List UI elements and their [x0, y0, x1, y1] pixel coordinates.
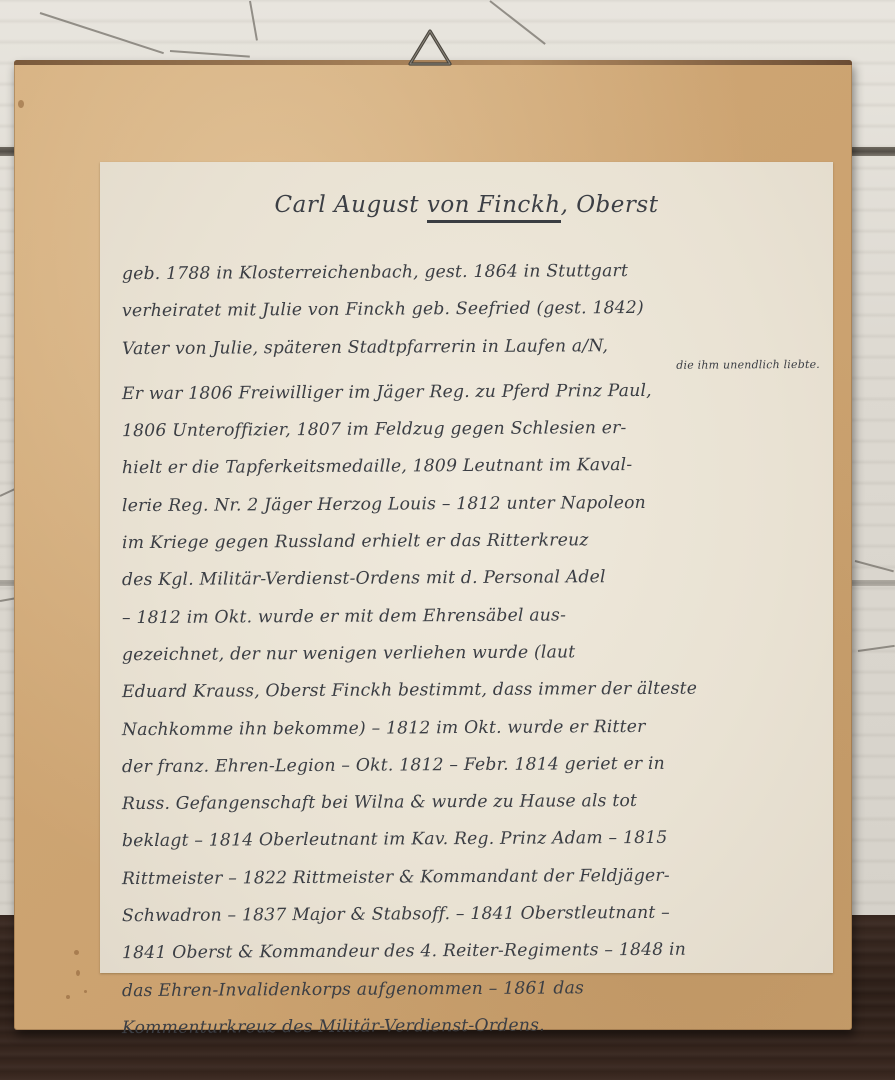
paint-crack	[489, 0, 545, 45]
text-line: Russ. Gefangenschaft bei Wilna & wurde z…	[122, 782, 822, 824]
text-line: der franz. Ehren-Legion – Okt. 1812 – Fe…	[122, 745, 822, 787]
text-line: beklagt – 1814 Oberleutnant im Kav. Reg.…	[122, 819, 822, 861]
title-suffix: , Oberst	[561, 192, 659, 218]
triangle-hanger-icon	[405, 28, 455, 70]
paint-crack	[855, 560, 894, 572]
text-line: geb. 1788 in Klosterreichenbach, gest. 1…	[122, 252, 822, 294]
handwritten-note: Carl August von Finckh, Oberst geb. 1788…	[100, 162, 833, 973]
title-prefix: Carl August	[275, 192, 427, 218]
text-line: Schwadron – 1837 Major & Stabsoff. – 184…	[122, 894, 822, 936]
text-line: des Kgl. Militär-Verdienst-Ordens mit d.…	[122, 558, 822, 600]
stain-spot	[84, 990, 87, 993]
paint-crack	[170, 50, 250, 58]
text-line: gezeichnet, der nur wenigen verliehen wu…	[122, 633, 822, 675]
text-line: Rittmeister – 1822 Rittmeister & Kommand…	[122, 857, 822, 899]
stain-spot	[76, 970, 80, 976]
text-line: Eduard Krauss, Oberst Finckh bestimmt, d…	[122, 670, 822, 712]
text-line: 1841 Oberst & Kommandeur des 4. Reiter-R…	[122, 931, 822, 973]
text-line: im Kriege gegen Russland erhielt er das …	[122, 521, 822, 563]
text-line: Kommenturkreuz des Militär-Verdienst-Ord…	[122, 1006, 822, 1048]
title-name: von Finckh	[427, 192, 561, 223]
paint-crack	[858, 645, 895, 652]
text-line: Er war 1806 Freiwilliger im Jäger Reg. z…	[122, 372, 822, 414]
stain-spot	[18, 100, 24, 108]
document-title: Carl August von Finckh, Oberst	[100, 192, 833, 218]
document-body: geb. 1788 in Klosterreichenbach, gest. 1…	[122, 254, 822, 1045]
text-line: verheiratet mit Julie von Finckh geb. Se…	[122, 289, 822, 331]
text-line: Nachkomme ihn bekomme) – 1812 im Okt. wu…	[122, 707, 822, 749]
text-line: 1806 Unteroffizier, 1807 im Feldzug gege…	[122, 409, 822, 451]
paint-crack	[40, 12, 164, 54]
paint-crack	[249, 1, 258, 41]
text-line: lerie Reg. Nr. 2 Jäger Herzog Louis – 18…	[122, 484, 822, 526]
stain-spot	[66, 995, 70, 999]
stain-spot	[74, 950, 79, 955]
text-line: das Ehren-Invalidenkorps aufgenommen – 1…	[122, 969, 822, 1011]
text-line: hielt er die Tapferkeitsmedaille, 1809 L…	[122, 446, 822, 488]
text-line: – 1812 im Okt. wurde er mit dem Ehrensäb…	[122, 596, 822, 638]
